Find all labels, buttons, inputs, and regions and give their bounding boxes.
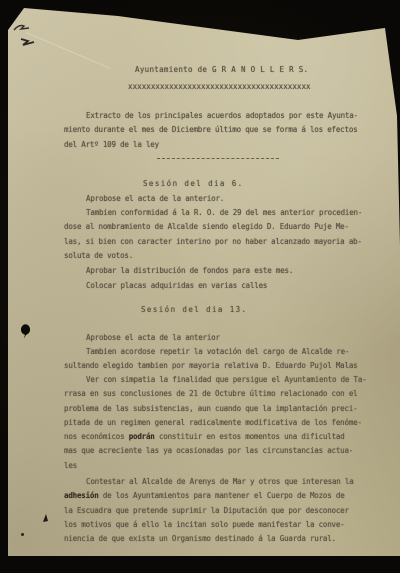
session2-paragraph-ver: Ver con simpatia la finalidad que persig… bbox=[64, 373, 370, 473]
section-divider-rule bbox=[157, 158, 279, 159]
paragraph-text: de los Ayuntamientos para mantener el Cu… bbox=[64, 491, 349, 543]
dot-mark bbox=[21, 533, 24, 536]
ink-blot-icon bbox=[20, 324, 31, 340]
intro-paragraph: Extracto de los principales acuerdos ado… bbox=[64, 109, 370, 152]
session1-paragraph-colocar: Colocar placas adquiridas en varias call… bbox=[64, 279, 370, 293]
bold-word-podran: podrán bbox=[129, 432, 155, 441]
session2-paragraph-acta: Aprobose el acta de la anterior bbox=[64, 331, 370, 345]
bold-word-adhesion: adhesión bbox=[64, 491, 99, 500]
document-page: Ayuntamiento de G R A N O L L E R S. xxx… bbox=[8, 6, 400, 562]
session2-heading: Sesión del dia 13. bbox=[141, 303, 247, 317]
session2-paragraph-contestar: Contestar al Alcalde de Arenys de Mar y … bbox=[64, 475, 370, 546]
session2-paragraph-votacion: Tambien acordose repetir la votación del… bbox=[64, 345, 370, 374]
title-underline-xrow: xxxxxxxxxxxxxxxxxxxxxxxxxxxxxxxxxxxxxxxx bbox=[128, 80, 311, 94]
doc-title: Ayuntamiento de G R A N O L L E R S. bbox=[135, 63, 308, 77]
session1-paragraph-acta: Aprobose el acta de la anterior. bbox=[64, 192, 370, 206]
pencil-mark-icon bbox=[11, 22, 47, 48]
session1-paragraph-conformidad: Tambien conformidad á la R. O. de 29 del… bbox=[64, 206, 370, 263]
speck-mark-icon bbox=[42, 514, 50, 523]
paragraph-text: Contestar al Alcalde de Arenys de Mar y … bbox=[86, 477, 354, 486]
session1-heading: Sesión del dia 6. bbox=[143, 177, 244, 191]
session1-paragraph-fondos: Aprobar la distribución de fondos para e… bbox=[64, 264, 370, 278]
